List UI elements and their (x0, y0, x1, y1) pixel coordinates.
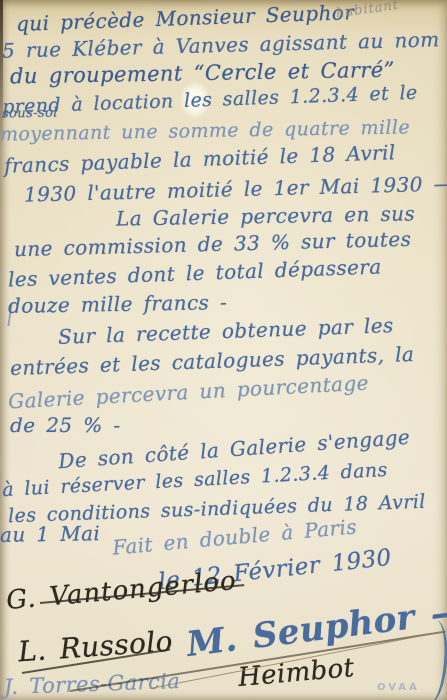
handwritten-line: francs payable la moitié le 18 Avril (4, 140, 396, 178)
handwritten-line: les ventes dont le total dépassera (8, 254, 382, 291)
handwritten-line: La Galerie percevra en sus (116, 201, 415, 230)
stamp-fragment: OVAA (377, 682, 420, 693)
signature-vantongerloo: G. Vantongerloo (5, 566, 238, 616)
handwritten-line: au 1 Mai (0, 521, 100, 547)
signature-torres-garcia: J. Torres-Garcia (4, 669, 181, 699)
document-page: qui précède Monsieur Seuphor habitant 5 … (0, 0, 447, 700)
interline-insertion: sous-sol (2, 106, 58, 122)
signature-seuphor: M. Seuphor — (185, 591, 447, 665)
handwritten-line: douze mille francs - (8, 290, 228, 318)
handwritten-line: de 25 % - (10, 413, 121, 437)
